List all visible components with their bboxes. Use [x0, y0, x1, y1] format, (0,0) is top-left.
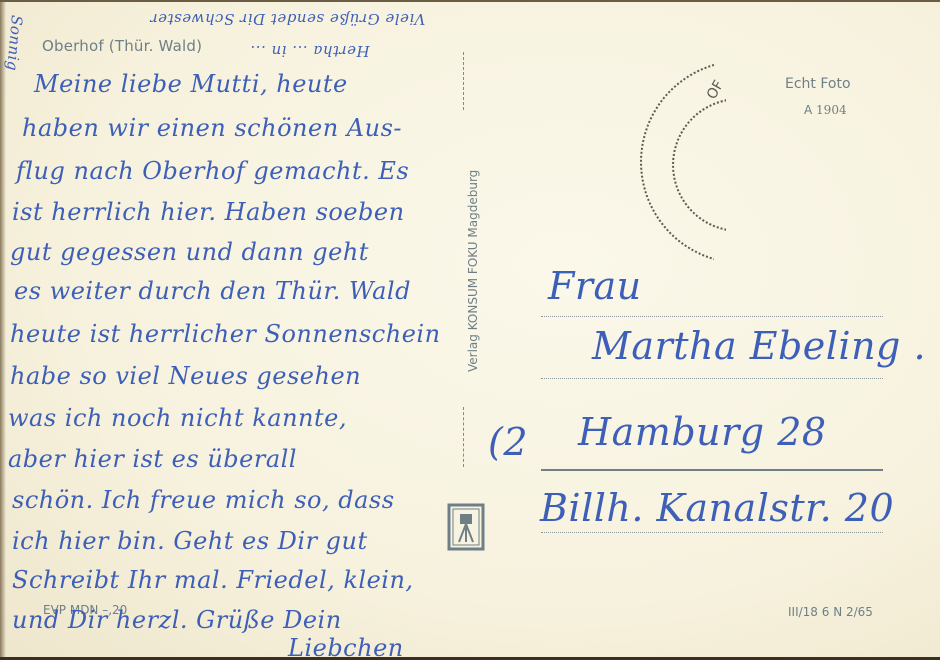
- message-line: was ich noch nicht kannte,: [8, 404, 347, 432]
- message-line: Schreibt Ihr mal. Friedel, klein,: [12, 566, 414, 594]
- publisher-text: Verlag KONSUM FOKU Magdeburg: [466, 170, 480, 372]
- postcard-back: Oberhof (Thür. Wald) Echt Foto A 1904 EV…: [0, 0, 940, 660]
- message-line: flug nach Oberhof gemacht. Es: [16, 157, 409, 185]
- message-line: Meine liebe Mutti, heute: [34, 70, 348, 98]
- address-name: Martha Ebeling .: [592, 324, 926, 368]
- message-line: gut gegessen und dann geht: [10, 238, 369, 266]
- margin-note: Sonnig: [3, 14, 26, 71]
- address-city: Hamburg 28: [578, 410, 827, 454]
- photo-type-label: Echt Foto: [785, 76, 851, 92]
- message-line: habe so viel Neues gesehen: [10, 362, 361, 390]
- address-line-2: [541, 378, 883, 379]
- message-line: und Dir herzl. Grüße Dein: [12, 606, 342, 634]
- upside-down-note-2: Hertha ... in ...: [250, 42, 370, 60]
- catalog-number: A 1904: [804, 103, 847, 117]
- postmark-inner-ring: [672, 98, 806, 232]
- divider-line-top: [463, 52, 465, 110]
- print-code: III/18 6 N 2/65: [788, 605, 873, 619]
- address-salutation: Frau: [548, 264, 642, 308]
- message-line: heute ist herrlicher Sonnenschein: [10, 320, 441, 348]
- message-line: schön. Ich freue mich so, dass: [12, 486, 395, 514]
- message-signature: Liebchen: [288, 634, 404, 660]
- message-line: es weiter durch den Thür. Wald: [14, 277, 411, 305]
- message-line: ich hier bin. Geht es Dir gut: [12, 527, 368, 555]
- message-line: haben wir einen schönen Aus-: [22, 114, 402, 142]
- address-line-4: [541, 532, 883, 533]
- address-postal-prefix: (2: [488, 420, 528, 464]
- address-line-1: [541, 316, 883, 317]
- address-street: Billh. Kanalstr. 20: [540, 486, 894, 530]
- location-title: Oberhof (Thür. Wald): [42, 37, 202, 55]
- catalog-prefix: A: [804, 103, 812, 117]
- message-line: ist herrlich hier. Haben soeben: [12, 198, 405, 226]
- upside-down-note-1: Viele Grüße sendet Dir Schwester: [150, 10, 425, 28]
- camera-tripod-logo-icon: [446, 502, 486, 552]
- address-line-3: [541, 469, 883, 471]
- card-edge-shadow: [0, 2, 6, 660]
- divider-line-bottom: [463, 407, 465, 467]
- catalog-number-value: 1904: [816, 103, 847, 117]
- message-line: aber hier ist es überall: [8, 445, 297, 473]
